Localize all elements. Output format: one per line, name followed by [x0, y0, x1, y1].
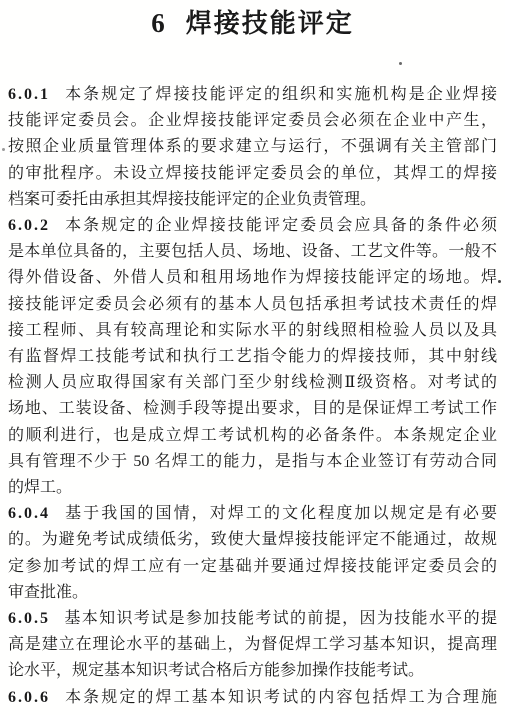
text-line: 接工程师、具有较高理论和实际水平的射线照相检验人员以及具: [8, 318, 497, 344]
section-number: 6.0.5: [8, 610, 50, 627]
text-line: 按照企业质量管理体系的要求建立与运行，不强调有关主管部门: [8, 134, 497, 160]
text-line: 6.0.5基本知识考试是参加技能考试的前提，因为技能水平的提: [8, 606, 497, 632]
text-line: 得外借设备、外借人员和租用场地作为焊接技能评定的场地。焊: [8, 265, 497, 291]
text-line: 的。为避免考试成绩低劣，致使大量焊接技能评定不能通过，故规: [8, 527, 497, 553]
text-line: 是本单位具备的，主要包括人员、场地、设备、工艺文件等。一般不: [8, 239, 497, 265]
text-line: 接技能评定委员会必须有的基本人员包括承担考试技术责任的焊: [8, 292, 497, 318]
chapter-title: 6 焊接技能评定: [0, 7, 505, 40]
text-line: 有监督焊工技能考试和执行工艺指令能力的焊接技师，其中射线: [8, 344, 497, 370]
text-line: 检测人员应取得国家有关部门至少射线检测Ⅱ级资格。对考试的: [8, 370, 497, 396]
chapter-number: 6: [151, 7, 165, 39]
section-text: 本条规定的企业焊接技能评定委员会应具备的条件必须: [63, 217, 497, 234]
text-line: 的审批程序。未设立焊接技能评定委员会的单位，其焊工的焊接: [8, 161, 497, 187]
commentary-body: 6.0.1本条规定了焊接技能评定的组织和实施机构是企业焊接 技能评定委员会。企业…: [8, 82, 497, 711]
section-text: 本条规定了焊接技能评定的组织和实施机构是企业焊接: [63, 86, 497, 103]
text-line: 的顺利进行，也是成立焊工考试机构的必备条件。本条规定企业: [8, 423, 497, 449]
text-line: 高是建立在理论水平的基础上，为督促焊工学习基本知识，提高理: [8, 632, 497, 658]
text-line: 具有管理不少于 50 名焊工的能力，是指与本企业签订有劳动合同: [8, 449, 497, 475]
section-number: 6.0.6: [8, 689, 50, 706]
text-line: 审查批准。: [8, 580, 497, 606]
section-number: 6.0.1: [8, 86, 50, 103]
section-text: 基于我国的国情，对焊工的文化程度加以规定是有必要: [63, 505, 497, 522]
scan-speck: [399, 62, 402, 65]
text-line: 定参加考试的焊工应有一定基础并要通过焊接技能评定委员会的: [8, 554, 497, 580]
document-page: 6 焊接技能评定 6.0.1本条规定了焊接技能评定的组织和实施机构是企业焊接 技…: [0, 0, 505, 715]
text-line: 6.0.1本条规定了焊接技能评定的组织和实施机构是企业焊接: [8, 82, 497, 108]
text-line: 场地、工装设备、检测手段等提出要求，目的是保证焊工考试工作: [8, 396, 497, 422]
section-text: 本条规定的焊工基本知识考试的内容包括焊工为合理施: [63, 689, 497, 706]
text-line: 技能评定委员会。企业焊接技能评定委员会必须在企业中产生，: [8, 108, 497, 134]
text-line: 论水平，规定基本知识考试合格后方能参加操作技能考试。: [8, 658, 497, 684]
text-line: 的焊工。: [8, 475, 497, 501]
scan-speck: [2, 148, 5, 151]
section-text: 基本知识考试是参加技能考试的前提，因为技能水平的提: [63, 610, 497, 627]
section-number: 6.0.2: [8, 217, 50, 234]
text-line: 6.0.4基于我国的国情，对焊工的文化程度加以规定是有必要: [8, 501, 497, 527]
section-6-0-6: 6.0.6本条规定的焊工基本知识考试的内容包括焊工为合理施: [8, 685, 497, 711]
chapter-title-text: 焊接技能评定: [186, 8, 354, 40]
text-line: 档案可委托由承担其焊接技能评定的企业负责管理。: [8, 187, 497, 213]
section-6-0-5: 6.0.5基本知识考试是参加技能考试的前提，因为技能水平的提 高是建立在理论水平…: [8, 606, 497, 685]
section-6-0-1: 6.0.1本条规定了焊接技能评定的组织和实施机构是企业焊接 技能评定委员会。企业…: [8, 82, 497, 213]
text-line: 6.0.6本条规定的焊工基本知识考试的内容包括焊工为合理施: [8, 685, 497, 711]
section-6-0-4: 6.0.4基于我国的国情，对焊工的文化程度加以规定是有必要 的。为避免考试成绩低…: [8, 501, 497, 606]
section-6-0-2: 6.0.2本条规定的企业焊接技能评定委员会应具备的条件必须 是本单位具备的，主要…: [8, 213, 497, 501]
text-line: 6.0.2本条规定的企业焊接技能评定委员会应具备的条件必须: [8, 213, 497, 239]
section-number: 6.0.4: [8, 505, 50, 522]
scan-speck: [498, 280, 501, 283]
